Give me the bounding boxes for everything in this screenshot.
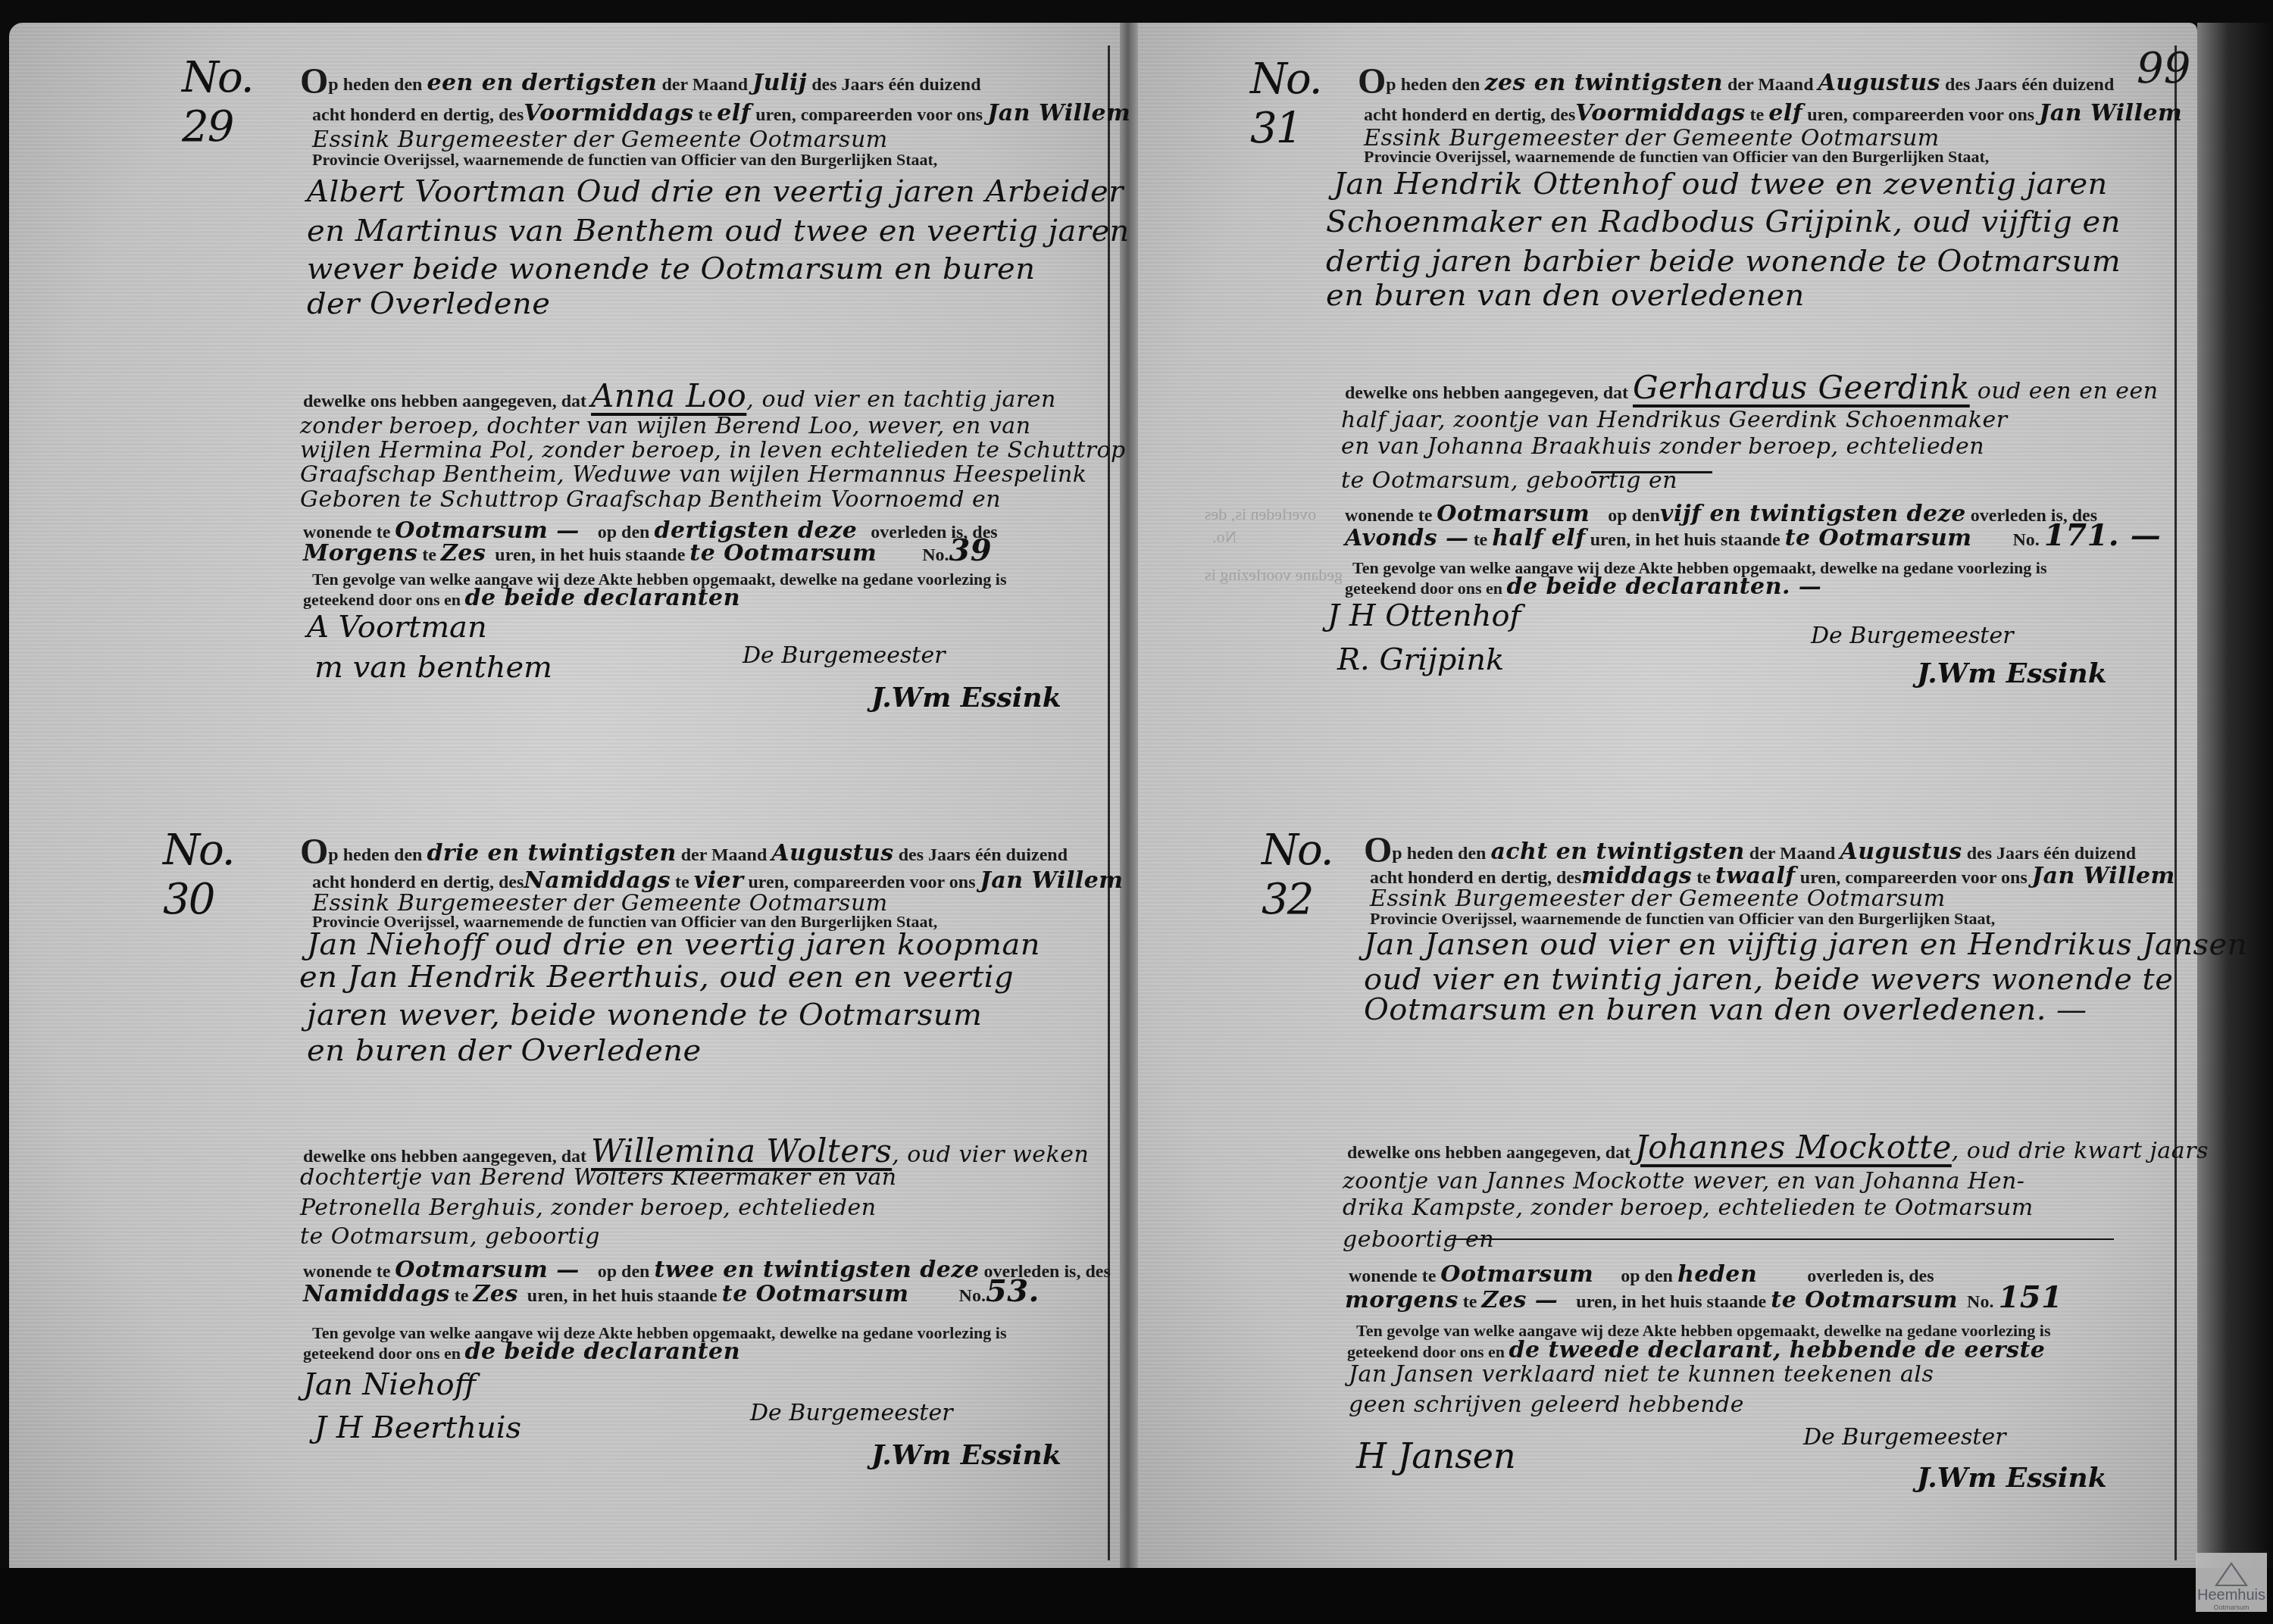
witness-line: en Jan Hendrik Beerthuis, oud een en vee… [299, 966, 1014, 988]
scan-bottom-edge [0, 1568, 2273, 1624]
record-line-2: acht honderd en dertig, desVoormiddags t… [312, 102, 1130, 126]
left-margin-rule [1108, 45, 1110, 1560]
watermark-title: Heemhuis [2197, 1588, 2265, 1603]
witness-line: Albert Voortman Oud drie en veertig jare… [307, 180, 1124, 203]
mayor-title: De Burgemeester [743, 642, 946, 669]
day-field: zes en twintigsten [1484, 70, 1723, 96]
declaration-line: dewelke ons hebben aangegeven, dat Anna … [303, 385, 1056, 413]
declarant-signature: J H Beerthuis [314, 1410, 521, 1445]
witness-line: oud vier en twintig jaren, beide wevers … [1364, 968, 2173, 991]
right-margin-rule [2175, 45, 2177, 1560]
detail-line: Graafschap Bentheim, Weduwe van wijlen H… [300, 464, 1087, 486]
day-field: acht en twintigsten [1490, 839, 1744, 865]
house-line: Namiddags te Zes uren, in het huis staan… [303, 1280, 1040, 1307]
witness-line: en Martinus van Benthem oud twee en veer… [307, 220, 1130, 242]
record-line-1: Op heden den een en dertigsten der Maand… [300, 70, 981, 96]
signed-line: geteekend door ons en de tweede declaran… [1347, 1339, 2045, 1363]
witness-line: der Overledene [307, 292, 550, 315]
record-line-1: Op heden den acht en twintigsten der Maa… [1364, 839, 2136, 865]
record-line-4: Provincie Overijssel, waarnemende de fun… [1364, 145, 1989, 168]
page-edge-shadow [2197, 23, 2273, 1606]
witness-line: wever beide wonende te Ootmarsum en bure… [307, 258, 1035, 280]
mayor-title: De Burgemeester [1803, 1424, 2006, 1451]
declarant-signature: Jan Niehoff [303, 1367, 476, 1402]
house-line: morgens te Zes — uren, in het huis staan… [1345, 1286, 2062, 1313]
house-roof-icon [2215, 1562, 2248, 1586]
detail-line: zoontje van Jannes Mockotte wever, en va… [1343, 1170, 2024, 1193]
record-number: No. 29 [182, 53, 253, 151]
record-number: No. 32 [1262, 826, 1333, 924]
detail-line: geboortig en [1343, 1229, 1494, 1251]
witness-line: dertig jaren barbier beide wonende te Oo… [1326, 250, 2121, 273]
signed-note: Jan Jansen verklaard niet te kunnen teek… [1349, 1363, 1934, 1386]
house-number: 151 [1998, 1279, 2062, 1315]
deceased-name: Anna Loo [591, 377, 746, 414]
declarant-signature: A Voortman [307, 610, 487, 645]
witness-line: Ootmarsum en buren van den overledenen. … [1364, 998, 2087, 1021]
detail-line: dochtertje van Berend Wolters Kleermaker… [300, 1166, 897, 1189]
house-line: Avonds — te half elf uren, in het huis s… [1345, 524, 2161, 551]
signed-note: geen schrijven geleerd hebbende [1349, 1394, 1744, 1416]
declaration-line: dewelke ons hebben aangegeven, dat Johan… [1347, 1136, 2209, 1164]
book-gutter [1120, 23, 1138, 1606]
mayor-title: De Burgemeester [750, 1400, 953, 1426]
mayor-signature: J.Wm Essink [871, 682, 1061, 714]
detail-line: half jaar, zoontje van Hendrikus Geerdin… [1341, 409, 2008, 432]
bleed-through-text: gedane voorlezing is [1205, 565, 1343, 585]
mayor-signature: J.Wm Essink [1917, 657, 2107, 689]
page-number: 99 [2137, 44, 2190, 93]
record-number: No. 31 [1250, 55, 1321, 153]
house-number: 53. [986, 1273, 1040, 1309]
detail-line: drika Kampste, zonder beroep, echteliede… [1343, 1197, 2034, 1220]
detail-line: wijlen Hermina Pol, zonder beroep, in le… [300, 439, 1126, 462]
declarant-signature: H Jansen [1356, 1435, 1516, 1476]
record-line-2: acht honderd en dertig, desVoormiddags t… [1364, 102, 2182, 126]
house-number: 39 [949, 532, 992, 568]
detail-line: te Ootmarsum, geboortig [300, 1226, 600, 1248]
detail-line: Geboren te Schuttrop Graafschap Bentheim… [300, 489, 1001, 511]
declarant-signature: R. Grijpink [1337, 642, 1504, 677]
detail-line: en van Johanna Braakhuis zonder beroep, … [1341, 436, 1984, 458]
filler-stroke [1447, 1238, 2114, 1240]
residence-line: wonende te Ootmarsum op den heden overle… [1349, 1263, 1934, 1288]
record-line-1: Op heden den drie en twintigsten der Maa… [300, 841, 1068, 867]
record-number: No. 30 [163, 826, 234, 924]
witness-line: jaren wever, beide wonende te Ootmarsum [307, 1004, 982, 1026]
mayor-title: De Burgemeester [1811, 623, 2014, 649]
month-field: Augustus [1840, 839, 1962, 865]
day-field: een en dertigsten [427, 70, 657, 96]
house-line: Morgens te Zes uren, in het huis staande… [303, 539, 992, 567]
day-field: drie en twintigsten [427, 840, 676, 867]
month-field: Augustus [1818, 70, 1940, 96]
deceased-name: Gerhardus Geerdink [1633, 369, 1970, 406]
record-line-4: Provincie Overijssel, waarnemende de fun… [312, 148, 937, 171]
deceased-name: Johannes Mockotte [1635, 1129, 1952, 1166]
archive-watermark: Heemhuis Ootmarsum [2196, 1553, 2267, 1612]
bleed-through-text: overleden is, des [1205, 504, 1316, 524]
record-line-1: Op heden den zes en twintigsten der Maan… [1358, 70, 2114, 96]
signed-line: geteekend door ons en de beide declarant… [1345, 576, 1821, 600]
witness-line: en buren der Overledene [307, 1039, 702, 1062]
declarant-signature: m van benthem [314, 650, 552, 685]
detail-line: Petronella Berghuis, zonder beroep, echt… [300, 1197, 877, 1220]
witness-line: Schoenmaker en Radbodus Grijpink, oud vi… [1326, 211, 2121, 233]
filler-stroke [1591, 471, 1712, 473]
mayor-signature: J.Wm Essink [1917, 1462, 2107, 1494]
mayor-signature: J.Wm Essink [871, 1439, 1061, 1471]
bleed-through-text: No. [1212, 527, 1237, 547]
witness-line: en buren van den overledenen [1326, 284, 1805, 307]
signed-line: geteekend door ons en de beide declarant… [303, 587, 740, 611]
witness-line: Jan Jansen oud vier en vijftig jaren en … [1364, 933, 2247, 956]
watermark-subtitle: Ootmarsum [2213, 1603, 2249, 1612]
declarant-signature: J H Ottenhof [1327, 598, 1521, 633]
witness-line: Jan Hendrik Ottenhof oud twee en zeventi… [1333, 173, 2108, 195]
month-field: Julij [752, 70, 807, 96]
signed-line: geteekend door ons en de beide declarant… [303, 1341, 740, 1365]
declaration-line: dewelke ons hebben aangegeven, dat Gerha… [1345, 376, 2159, 404]
month-field: Augustus [771, 840, 893, 867]
house-number: 171. — [2044, 517, 2161, 553]
witness-line: Jan Niehoff oud drie en veertig jaren ko… [307, 933, 1040, 956]
detail-line: zonder beroep, dochter van wijlen Berend… [300, 415, 1031, 438]
